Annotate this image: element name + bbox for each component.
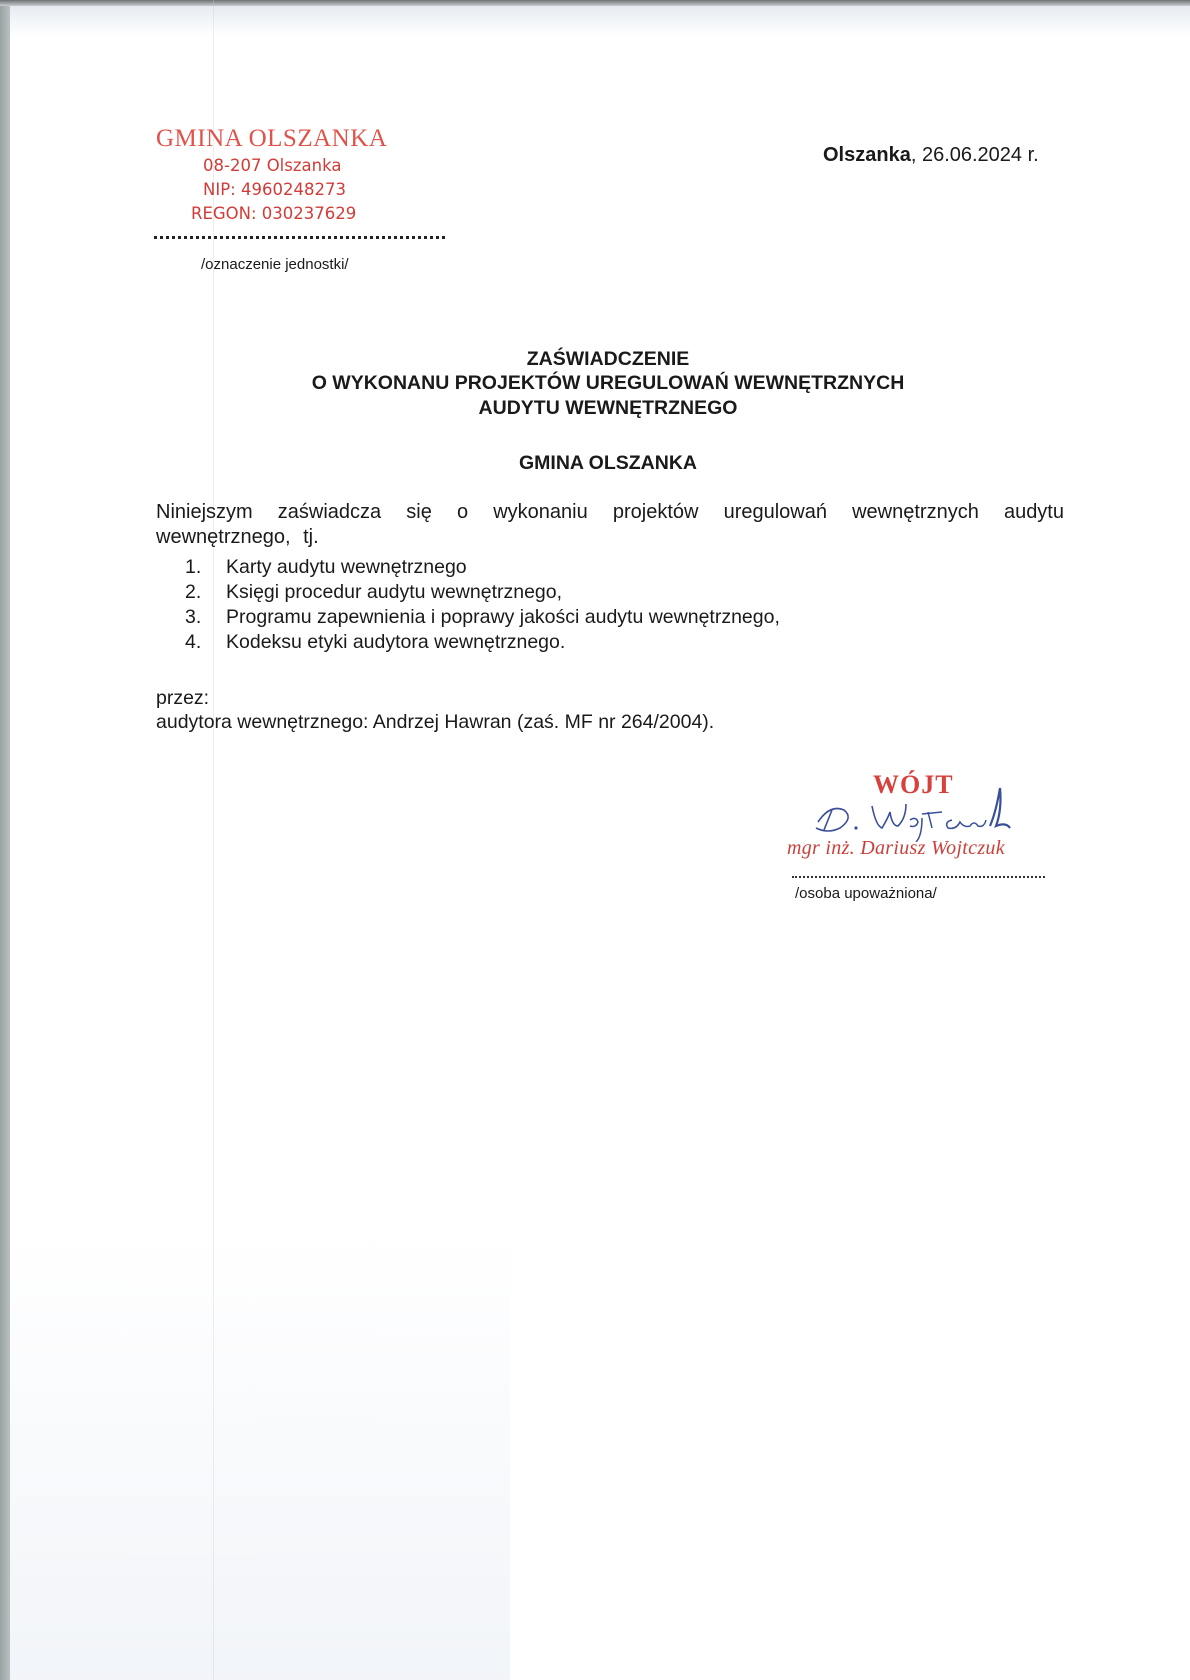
- unit-label: /oznaczenie jednostki/: [201, 256, 349, 273]
- dotted-line: [792, 876, 1045, 878]
- handwritten-signature: [810, 782, 1020, 842]
- date: , 26.06.2024 r.: [911, 144, 1039, 166]
- list-number: 4.: [185, 630, 226, 655]
- list-number: 3.: [185, 605, 226, 630]
- place: Olszanka: [823, 144, 911, 166]
- fold-line: [213, 0, 214, 1680]
- list-text: Karty audytu wewnętrznego: [226, 555, 467, 580]
- list-number: 2.: [185, 580, 226, 605]
- document-subject: GMINA OLSZANKA: [0, 452, 1190, 475]
- scan-edge-left: [0, 0, 10, 1680]
- item-list: 1.Karty audytu wewnętrznego 2.Księgi pro…: [185, 555, 780, 655]
- scan-shade: [10, 6, 1190, 36]
- list-number: 1.: [185, 555, 226, 580]
- stamp-regon: REGON: 030237629: [191, 204, 356, 223]
- place-date: Olszanka, 26.06.2024 r.: [823, 144, 1039, 167]
- list-item: 3.Programu zapewnienia i poprawy jakości…: [185, 605, 780, 630]
- scan-shade: [10, 1230, 510, 1680]
- body-intro: Niniejszym zaświadcza się o wykonaniu pr…: [156, 500, 1064, 550]
- auditor-text: audytora wewnętrznego: Andrzej Hawran (z…: [156, 711, 714, 734]
- list-item: 2.Księgi procedur audytu wewnętrznego,: [185, 580, 780, 605]
- stamp-title: GMINA OLSZANKA: [156, 125, 387, 153]
- stamp-address: 08-207 Olszanka: [203, 156, 341, 175]
- document-subtitle-2: AUDYTU WEWNĘTRZNEGO: [0, 397, 1190, 420]
- authorized-person-label: /osoba upoważniona/: [795, 885, 937, 902]
- signatory-name: mgr inż. Dariusz Wojtczuk: [787, 837, 1005, 860]
- document-subtitle: O WYKONANU PROJEKTÓW UREGULOWAŃ WEWNĘTRZ…: [0, 372, 1190, 395]
- list-item: 4.Kodeksu etyki audytora wewnętrznego.: [185, 630, 780, 655]
- list-item: 1.Karty audytu wewnętrznego: [185, 555, 780, 580]
- document-title: ZAŚWIADCZENIE: [0, 348, 1190, 371]
- list-text: Księgi procedur audytu wewnętrznego,: [226, 580, 562, 605]
- list-text: Programu zapewnienia i poprawy jakości a…: [226, 605, 780, 630]
- dotted-line: [154, 236, 445, 239]
- by-label: przez:: [156, 687, 209, 710]
- stamp-nip: NIP: 4960248273: [203, 180, 346, 199]
- list-text: Kodeksu etyki audytora wewnętrznego.: [226, 630, 565, 655]
